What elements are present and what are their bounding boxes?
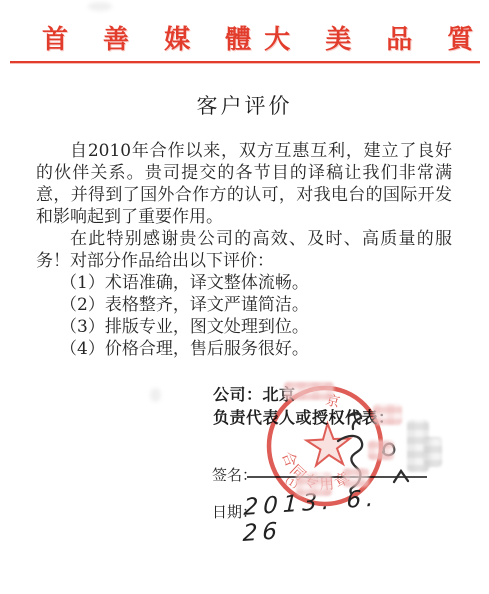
letterhead-rule [10, 61, 480, 63]
letterhead-left-slogan: 首 善 媒 體 [42, 27, 264, 53]
evaluation-item: （3）排版专业，图文处理到位。 [60, 316, 452, 338]
evaluation-item: （1）术语准确，译文整体流畅。 [60, 272, 452, 294]
page-title: 客户评价 [0, 90, 489, 120]
letterhead-right-slogan: 大 美 品 質 [264, 27, 486, 53]
redaction-blur [373, 404, 402, 425]
redaction-blur [284, 382, 334, 400]
evaluation-item: （4）价格合理，售后服务很好。 [60, 338, 452, 360]
sign-label: 签名： [212, 464, 257, 485]
letter-body: 自2010年合作以来，双方互惠互利，建立了良好的伙伴关系。贵司提交的各节目的译稿… [36, 140, 452, 360]
redaction-blur [424, 437, 442, 467]
redaction-blur [368, 440, 394, 460]
paragraph: 自2010年合作以来，双方互惠互利，建立了良好的伙伴关系。贵司提交的各节目的译稿… [36, 140, 452, 228]
signature-stroke [349, 413, 361, 429]
letterhead: 首 善 媒 體 大 美 品 質 [42, 27, 455, 53]
scanned-letter-page: 首 善 媒 體 大 美 品 質 客户评价 自2010年合作以来，双方互惠互利，建… [0, 0, 489, 594]
scan-smudge [150, 388, 161, 402]
evaluation-item: （2）表格整齐，译文严谨简洁。 [60, 294, 452, 316]
scan-smudge [88, 2, 112, 11]
redaction-blur [296, 472, 332, 496]
signature-stroke [394, 471, 408, 482]
paragraph: 在此特别感谢贵公司的高效、及时、高质量的服务！对部分作品给出以下评价： [36, 228, 452, 272]
redaction-blur [343, 468, 369, 487]
